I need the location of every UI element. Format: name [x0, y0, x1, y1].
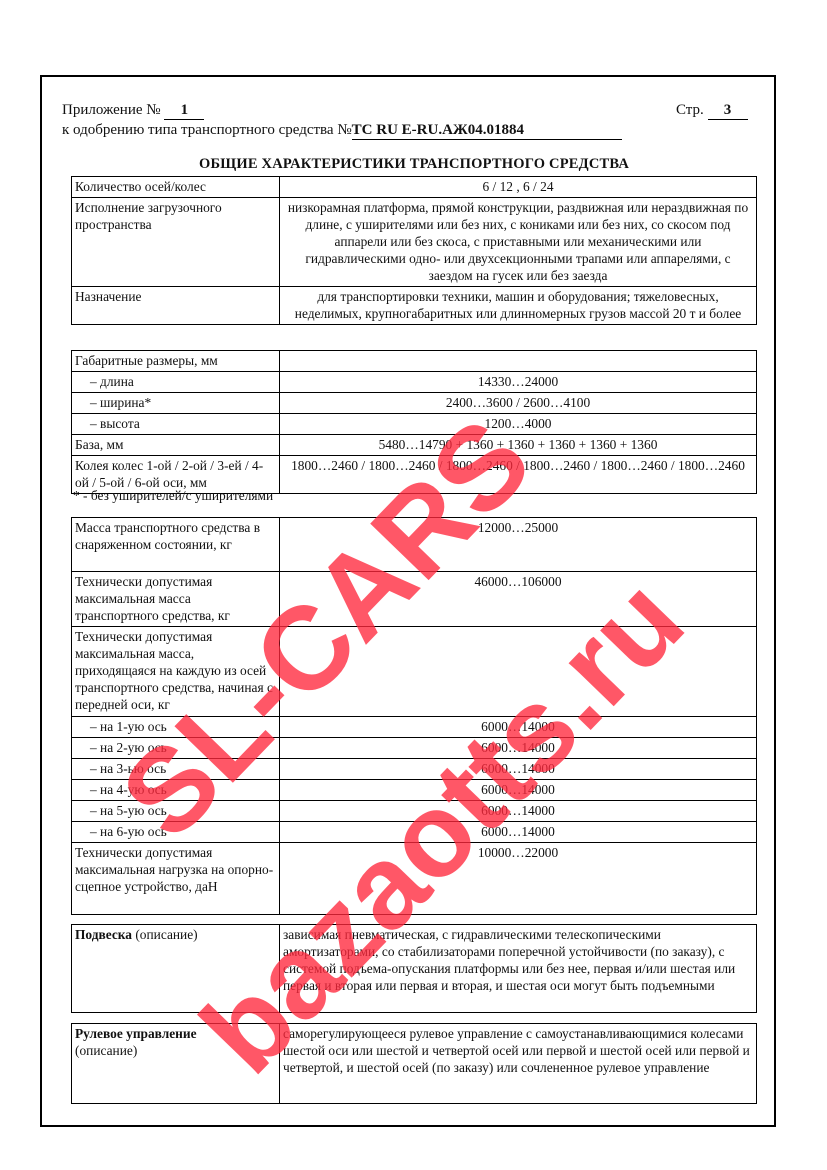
row-label: – на 5-ую ось: [72, 801, 280, 822]
steering-label-rest: (описание): [75, 1043, 137, 1058]
table-row: – на 2-ую ось6000…14000: [72, 738, 757, 759]
row-value: 6000…14000: [280, 759, 757, 780]
table-row: Подвеска (описание) зависимая пневматиче…: [72, 925, 757, 1013]
table-row: Технически допустимая максимальная масса…: [72, 572, 757, 627]
row-label: – ширина*: [72, 393, 280, 414]
steering-table: Рулевое управление(описание) саморегулир…: [71, 1023, 757, 1104]
row-label: Масса транспортного средства в снаряженн…: [72, 518, 280, 572]
row-label: Технически допустимая максимальная масса…: [72, 627, 280, 717]
row-value: 6000…14000: [280, 801, 757, 822]
row-value: 6000…14000: [280, 822, 757, 843]
row-value: 14330…24000: [280, 372, 757, 393]
table-row: – на 3-ью ось6000…14000: [72, 759, 757, 780]
row-value: низкорамная платформа, прямой конструкци…: [280, 198, 757, 287]
row-label: Количество осей/колес: [72, 177, 280, 198]
row-value: 5480…14790 + 1360 + 1360 + 1360 + 1360 +…: [280, 435, 757, 456]
table-row: Масса транспортного средства в снаряженн…: [72, 518, 757, 572]
row-label: Назначение: [72, 287, 280, 325]
row-value: 12000…25000: [280, 518, 757, 572]
row-value: 46000…106000: [280, 572, 757, 627]
row-label: Технически допустимая максимальная нагру…: [72, 843, 280, 915]
table-row: База, мм5480…14790 + 1360 + 1360 + 1360 …: [72, 435, 757, 456]
approval-label: к одобрению типа транспортного средства …: [62, 122, 352, 138]
row-label: – на 6-ую ось: [72, 822, 280, 843]
table-row: – ширина*2400…3600 / 2600…4100: [72, 393, 757, 414]
row-label: – на 1-ую ось: [72, 717, 280, 738]
steering-value: саморегулирующееся рулевое управление с …: [280, 1024, 757, 1104]
table-row: Назначение для транспортировки техники, …: [72, 287, 757, 325]
row-label: – на 2-ую ось: [72, 738, 280, 759]
row-value: 2400…3600 / 2600…4100: [280, 393, 757, 414]
row-label: База, мм: [72, 435, 280, 456]
row-value: 6000…14000: [280, 780, 757, 801]
row-label: – высота: [72, 414, 280, 435]
table-row: Технически допустимая максимальная масса…: [72, 627, 757, 717]
row-label: – длина: [72, 372, 280, 393]
table-row: – на 6-ую ось6000…14000: [72, 822, 757, 843]
suspension-label-bold: Подвеска: [75, 927, 132, 942]
row-value: для транспортировки техники, машин и обо…: [280, 287, 757, 325]
suspension-label-rest: (описание): [132, 927, 198, 942]
table-row: Габаритные размеры, мм: [72, 351, 757, 372]
row-value: 1200…4000: [280, 414, 757, 435]
row-label: – на 4-ую ось: [72, 780, 280, 801]
row-value: [280, 627, 757, 717]
row-value: 10000…22000: [280, 843, 757, 915]
page-label: Стр.: [676, 102, 704, 118]
row-value: [280, 351, 757, 372]
general-table: Количество осей/колес 6 / 12 , 6 / 24 Ис…: [71, 176, 757, 325]
row-label: – на 3-ью ось: [72, 759, 280, 780]
appendix-label: Приложение №: [62, 102, 161, 118]
page-number: 3: [708, 102, 748, 120]
dimensions-table: Габаритные размеры, мм– длина14330…24000…: [71, 350, 757, 494]
row-value: 6000…14000: [280, 717, 757, 738]
approval-line: к одобрению типа транспортного средства …: [62, 122, 622, 140]
page-number-line: Стр. 3: [676, 102, 748, 120]
page-title: ОБЩИЕ ХАРАКТЕРИСТИКИ ТРАНСПОРТНОГО СРЕДС…: [72, 156, 756, 173]
table-row: – длина14330…24000: [72, 372, 757, 393]
table-row: Рулевое управление(описание) саморегулир…: [72, 1024, 757, 1104]
table-row: – на 1-ую ось6000…14000: [72, 717, 757, 738]
appendix-line: Приложение № 1: [62, 102, 204, 120]
steering-label-bold: Рулевое управление: [75, 1026, 197, 1041]
steering-label: Рулевое управление(описание): [72, 1024, 280, 1104]
approval-number: ТС RU E-RU.АЖ04.01884: [352, 122, 622, 140]
mass-table: Масса транспортного средства в снаряженн…: [71, 517, 757, 915]
table-row: – на 4-ую ось6000…14000: [72, 780, 757, 801]
table-row: – высота1200…4000: [72, 414, 757, 435]
table-row: – на 5-ую ось6000…14000: [72, 801, 757, 822]
table-row: Технически допустимая максимальная нагру…: [72, 843, 757, 915]
row-label: Технически допустимая максимальная масса…: [72, 572, 280, 627]
row-value: 1800…2460 / 1800…2460 / 1800…2460 / 1800…: [280, 456, 757, 494]
row-label: Исполнение загрузочного пространства: [72, 198, 280, 287]
table-row: Количество осей/колес 6 / 12 , 6 / 24: [72, 177, 757, 198]
table-row: Исполнение загрузочного пространства низ…: [72, 198, 757, 287]
suspension-table: Подвеска (описание) зависимая пневматиче…: [71, 924, 757, 1013]
suspension-value: зависимая пневматическая, с гидравлическ…: [280, 925, 757, 1013]
suspension-label: Подвеска (описание): [72, 925, 280, 1013]
footnote: * - без уширителей/с уширителями: [73, 488, 273, 504]
appendix-number: 1: [164, 102, 204, 120]
row-label: Габаритные размеры, мм: [72, 351, 280, 372]
row-value: 6 / 12 , 6 / 24: [280, 177, 757, 198]
row-value: 6000…14000: [280, 738, 757, 759]
